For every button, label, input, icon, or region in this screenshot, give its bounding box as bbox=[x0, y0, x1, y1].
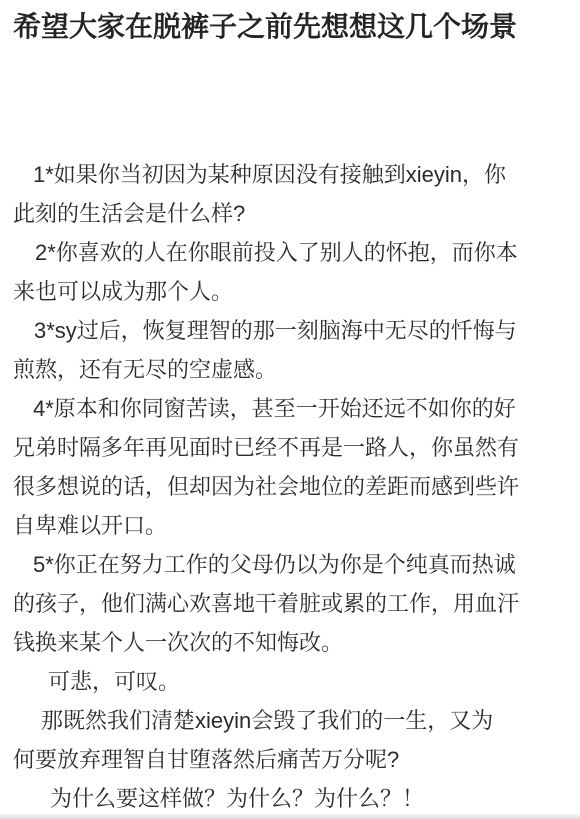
text-line: 可悲，可叹。 bbox=[13, 662, 560, 701]
page-title: 希望大家在脱裤子之前先想想这几个场景 bbox=[0, 0, 580, 46]
text-line: 4*原本和你同窗苦读，甚至一开始还远不如你的好 bbox=[13, 389, 560, 428]
text-line: 此刻的生活会是什么样? bbox=[13, 194, 560, 233]
text-line: 的孩子，他们满心欢喜地干着脏或累的工作，用血汗 bbox=[13, 584, 560, 623]
text-line: 为什么要这样做？为什么？为什么？！ bbox=[13, 779, 560, 818]
text-line: 自卑难以开口。 bbox=[13, 506, 560, 545]
text-line: 很多想说的话，但却因为社会地位的差距而感到些许 bbox=[13, 467, 560, 506]
text-line: 何要放弃理智自甘堕落然后痛苦万分呢? bbox=[13, 740, 560, 779]
text-line: 钱换来某个人一次次的不知悔改。 bbox=[13, 623, 560, 662]
text-line: 煎熬，还有无尽的空虚感。 bbox=[13, 350, 560, 389]
article-body: 1*如果你当初因为某种原因没有接触到xieyin，你此刻的生活会是什么样?2*你… bbox=[0, 155, 580, 818]
text-line: 1*如果你当初因为某种原因没有接触到xieyin，你 bbox=[13, 155, 560, 194]
text-line: 5*你正在努力工作的父母仍以为你是个纯真而热诚 bbox=[13, 545, 560, 584]
text-screenshot-page: 希望大家在脱裤子之前先想想这几个场景 1*如果你当初因为某种原因没有接触到xie… bbox=[0, 0, 580, 819]
text-line: 3*sy过后，恢复理智的那一刻脑海中无尽的忏悔与 bbox=[13, 311, 560, 350]
text-line: 2*你喜欢的人在你眼前投入了别人的怀抱，而你本 bbox=[13, 233, 560, 272]
text-line: 兄弟时隔多年再见面时已经不再是一路人，你虽然有 bbox=[13, 428, 560, 467]
text-line: 来也可以成为那个人。 bbox=[13, 272, 560, 311]
text-line: 那既然我们清楚xieyin会毁了我们的一生，又为 bbox=[13, 701, 560, 740]
